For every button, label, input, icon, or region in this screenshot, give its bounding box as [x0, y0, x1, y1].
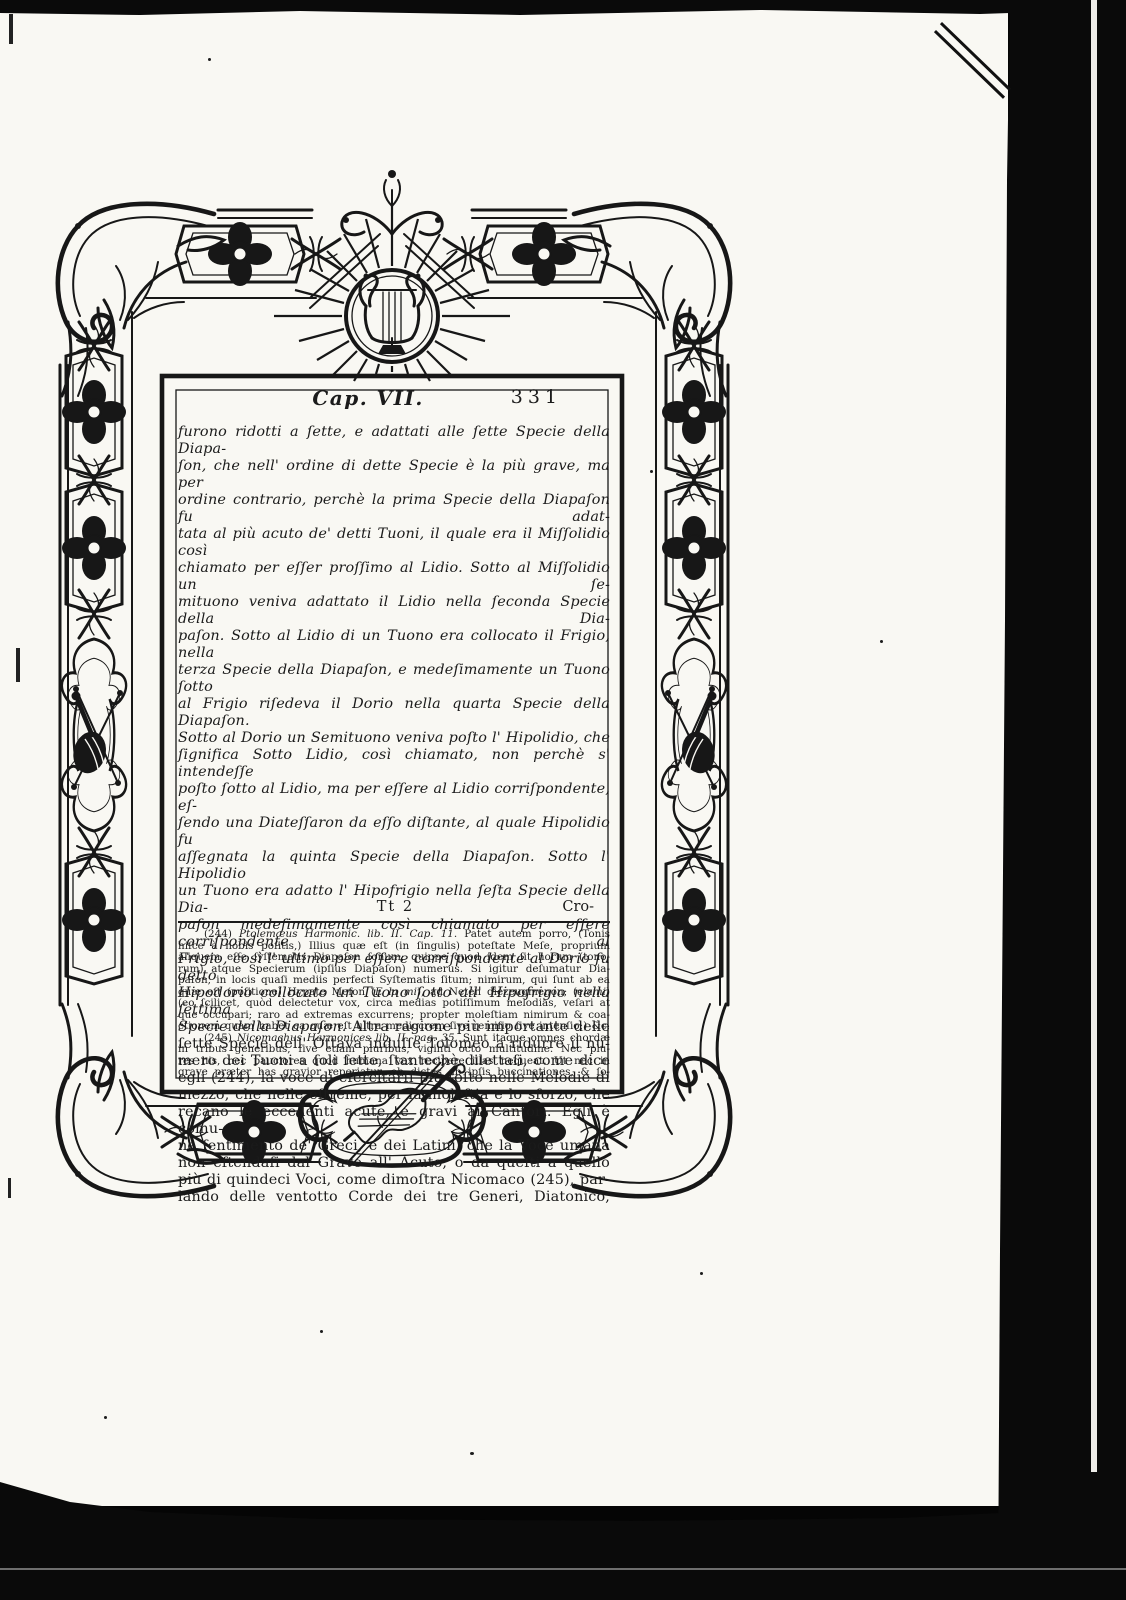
text-line: terza Specie della Diapaſon, e medeſimam… — [178, 662, 610, 696]
scan-artifact — [320, 1330, 323, 1333]
text-line: poſto ſotto al Lidio, ma per eſſere al L… — [178, 781, 610, 815]
crest-finial — [342, 170, 442, 235]
text-line: ne ſentimento de' Greci, e dei Latini, c… — [178, 1138, 610, 1155]
text-line: ſignifica Sotto Lidio, così chiamato, no… — [178, 747, 610, 781]
scan-artifact — [470, 1452, 474, 1455]
scan-band-right — [998, 0, 1126, 1600]
scan-artifact — [9, 14, 13, 44]
footnotes-text: (244) Ptolemæus Harmonic. lib. II. Cap. … — [178, 929, 610, 1079]
text-line: aſſegnata la quinta Specie della Diapaſo… — [178, 849, 610, 883]
right-lute-cartouche — [662, 639, 726, 831]
text-line: mezzo, che nelle eſtreme, per la moleſti… — [178, 1087, 610, 1104]
page-header: Cap. VII. 331 — [178, 386, 610, 418]
scan-artifact — [700, 1272, 703, 1275]
scanned-book-page: { "colors":{"ink":"#171717","paper":"#f9… — [0, 0, 1126, 1600]
scan-artifact — [8, 1178, 11, 1198]
scan-gutter-stripe — [1091, 0, 1097, 1472]
sunburst-crest — [274, 170, 510, 381]
text-line: mituono veniva adattato il Lidio nella ſ… — [178, 594, 610, 628]
text-line: tata al più acuto de' detti Tuoni, il qu… — [178, 526, 610, 560]
scan-artifact — [880, 640, 883, 643]
scan-bottom-line — [0, 1568, 1126, 1570]
gathering-signature: Tt 2 — [377, 899, 414, 915]
page-number: 331 — [511, 386, 562, 408]
text-line: grave præter has gravior reperiatur, ob … — [178, 1067, 610, 1079]
scan-artifact — [208, 58, 211, 61]
scan-artifact — [104, 1416, 107, 1419]
footnote-rule — [178, 921, 610, 923]
text-line: ſendo una Diateſſaron da eſſo diſtante, … — [178, 815, 610, 849]
left-lute-cartouche — [62, 639, 126, 831]
catchword: Cro- — [562, 899, 594, 915]
chapter-heading: Cap. VII. — [312, 386, 423, 410]
text-line: al Frigio riſedeva il Dorio nella quarta… — [178, 696, 610, 730]
text-line: ſon, che nell' ordine di dette Specie è … — [178, 458, 610, 492]
signature-row: Tt 2 Cro- — [178, 899, 610, 916]
text-line: non eſtendaſi dal Grave all' Acuto, o da… — [178, 1155, 610, 1172]
scan-artifact — [650, 470, 653, 473]
text-line: ordine contrario, perchè la prima Specie… — [178, 492, 610, 526]
text-line: paſon. Sotto al Lidio di un Tuono era co… — [178, 628, 610, 662]
text-line: più di quindeci Voci, come dimoſtra Nico… — [178, 1172, 610, 1189]
text-line: recano le eccedenti acute, e gravi ai Ca… — [178, 1104, 610, 1138]
text-line: Sotto al Dorio un Semituono veniva poſto… — [178, 730, 610, 747]
text-line: chiamato per eſſer proſſimo al Lidio. So… — [178, 560, 610, 594]
text-line: lando delle ventotto Corde dei tre Gener… — [178, 1189, 610, 1206]
body-text: furono ridotti a ſette, e adattati alle … — [178, 424, 610, 1206]
scan-artifact — [16, 648, 20, 682]
text-line: furono ridotti a ſette, e adattati alle … — [178, 424, 610, 458]
